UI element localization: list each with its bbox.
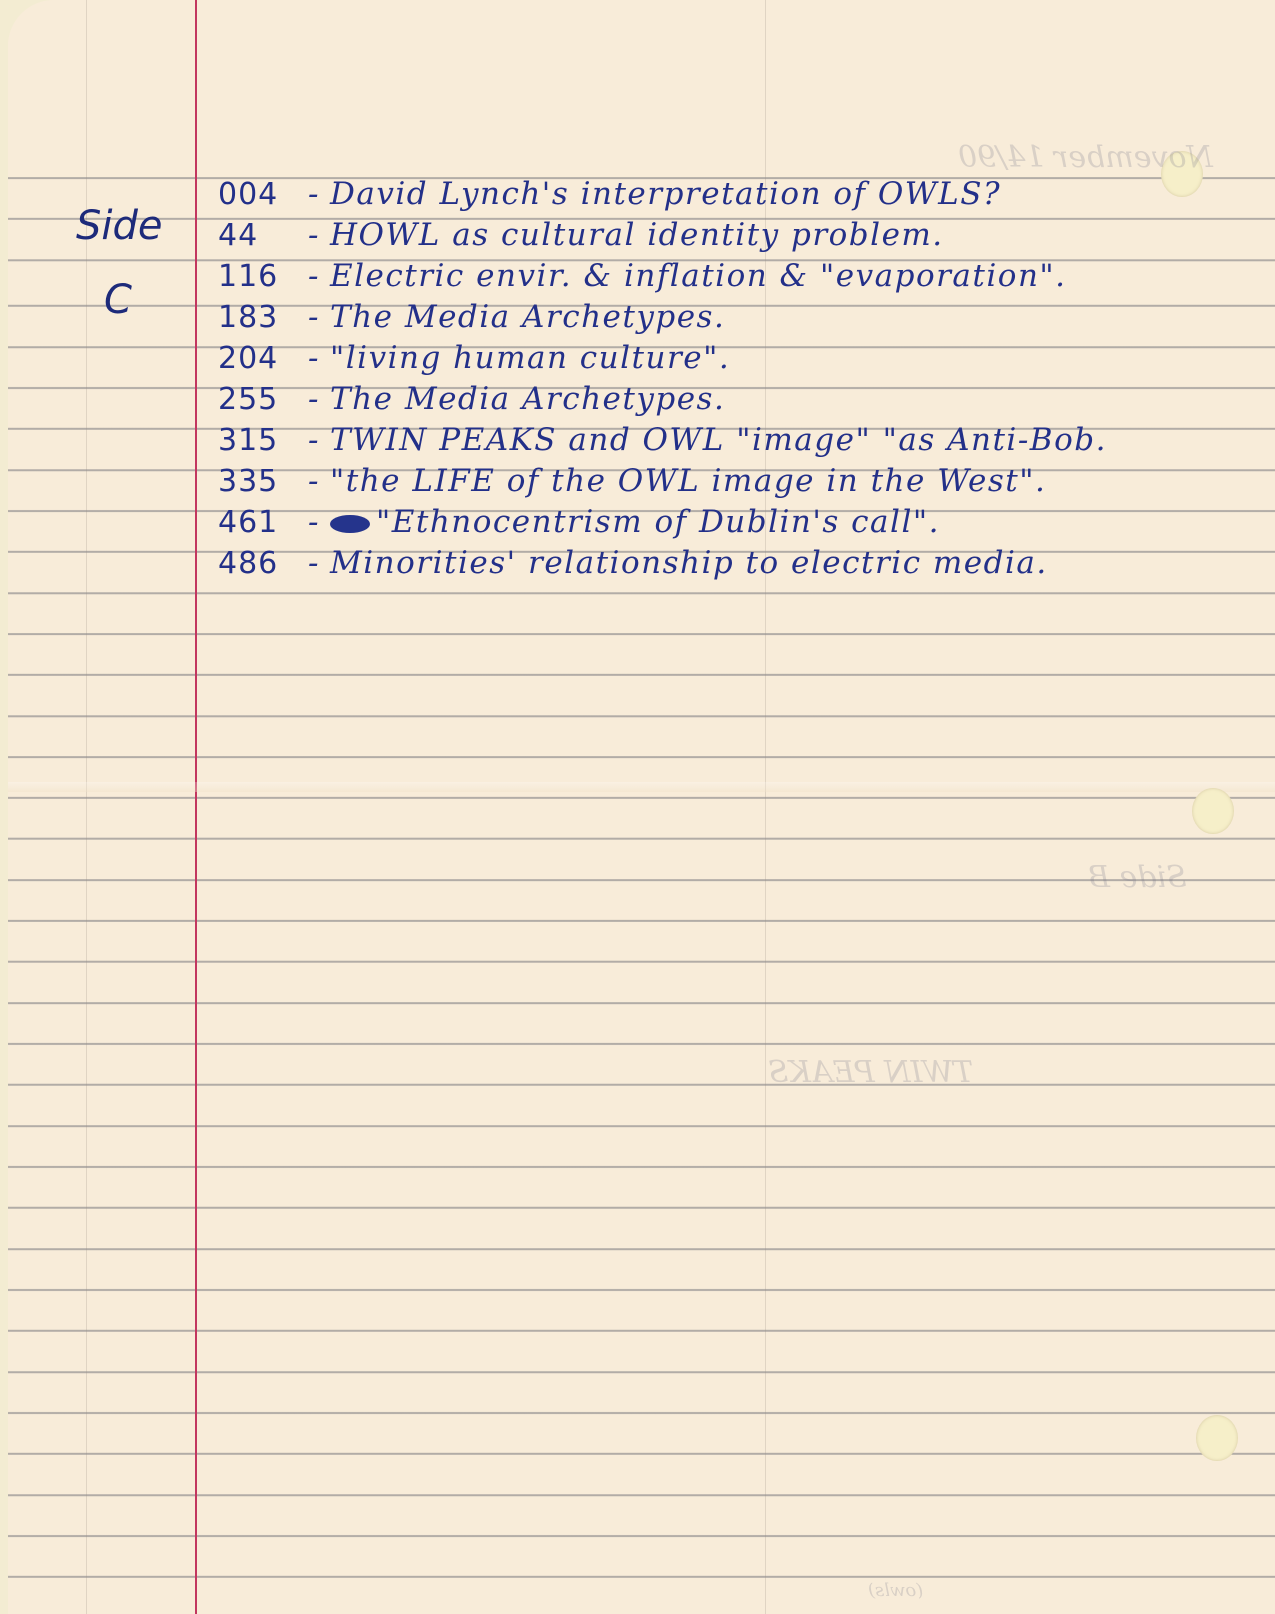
counter-number: 486 bbox=[218, 543, 306, 584]
tape-index-list: 004-David Lynch's interpretation of OWLS… bbox=[218, 174, 1268, 584]
list-item: 44-HOWL as cultural identity problem. bbox=[218, 215, 1268, 256]
binder-hole-bottom bbox=[1196, 1415, 1238, 1461]
scribbled-out-mark-icon bbox=[330, 515, 370, 533]
counter-number: 183 bbox=[218, 297, 306, 338]
entry-text: "living human culture". bbox=[330, 340, 730, 376]
counter-number: 461 bbox=[218, 502, 306, 543]
bleed-through-text: Side B bbox=[1088, 860, 1187, 895]
counter-number: 335 bbox=[218, 461, 306, 502]
side-label-word: Side bbox=[76, 206, 163, 247]
counter-number: 004 bbox=[218, 174, 306, 215]
entry-text: The Media Archetypes. bbox=[330, 381, 725, 417]
side-label-letter: C bbox=[104, 280, 132, 321]
counter-number: 44 bbox=[218, 215, 306, 256]
counter-number: 116 bbox=[218, 256, 306, 297]
list-item: 204-"living human culture". bbox=[218, 338, 1268, 379]
red-margin-line bbox=[195, 0, 197, 1614]
bleed-through-text: (owls) bbox=[868, 1580, 923, 1601]
list-item: 116-Electric envir. & inflation & "evapo… bbox=[218, 256, 1268, 297]
list-item: 335-"the LIFE of the OWL image in the We… bbox=[218, 461, 1268, 502]
entry-text: "Ethnocentrism of Dublin's call". bbox=[376, 504, 940, 540]
page-fold bbox=[8, 782, 1275, 792]
entry-text: David Lynch's interpretation of OWLS? bbox=[330, 176, 1001, 212]
counter-number: 255 bbox=[218, 379, 306, 420]
counter-number: 315 bbox=[218, 420, 306, 461]
counter-number: 204 bbox=[218, 338, 306, 379]
binder-hole-middle bbox=[1192, 788, 1234, 834]
entry-text: The Media Archetypes. bbox=[330, 299, 725, 335]
entry-text: Electric envir. & inflation & "evaporati… bbox=[330, 258, 1067, 294]
bleed-through-text: November 14/90 bbox=[958, 140, 1213, 175]
list-item: 183-The Media Archetypes. bbox=[218, 297, 1268, 338]
list-item: 315-TWIN PEAKS and OWL "image" "as Anti-… bbox=[218, 420, 1268, 461]
list-item: 004-David Lynch's interpretation of OWLS… bbox=[218, 174, 1268, 215]
list-item: 461-"Ethnocentrism of Dublin's call". bbox=[218, 502, 1268, 543]
entry-text: "the LIFE of the OWL image in the West". bbox=[330, 463, 1046, 499]
notebook-page: November 14/90 Side B TWIN PEAKS (owls) … bbox=[8, 0, 1275, 1614]
list-item: 486-Minorities' relationship to electric… bbox=[218, 543, 1268, 584]
bleed-through-text: TWIN PEAKS bbox=[768, 1055, 973, 1090]
entry-text: HOWL as cultural identity problem. bbox=[330, 217, 944, 253]
entry-text: Minorities' relationship to electric med… bbox=[330, 545, 1048, 581]
entry-text: TWIN PEAKS and OWL "image" "as Anti-Bob. bbox=[330, 422, 1107, 458]
list-item: 255-The Media Archetypes. bbox=[218, 379, 1268, 420]
